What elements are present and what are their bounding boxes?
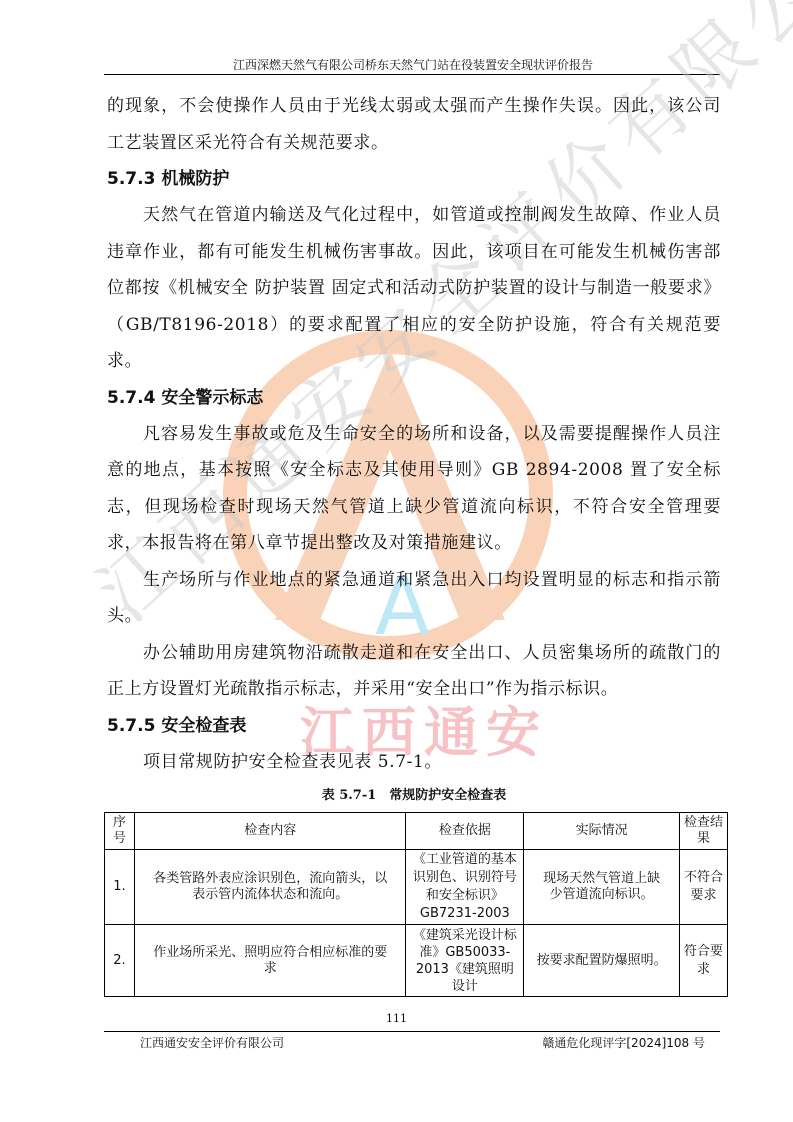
footer-company: 江西通安安全评价有限公司 <box>140 1034 284 1051</box>
cell-basis: 《工业管道的基本识别色、识别符号和安全标识》GB7231-2003 <box>406 850 524 925</box>
cell-no: 1. <box>105 850 135 925</box>
cell-actual: 按要求配置防爆照明。 <box>524 925 680 997</box>
table-caption: 表 5.7-1 常规防护安全检查表 <box>107 784 721 803</box>
column-header-result: 检查结果 <box>680 813 728 850</box>
cell-actual: 现场天然气管道上缺少管道流向标识。 <box>524 850 680 925</box>
page-number: 111 <box>0 1012 793 1025</box>
cell-result: 不符合要求 <box>680 850 728 925</box>
column-header-no: 序号 <box>105 813 135 850</box>
column-header-basis: 检查依据 <box>406 813 524 850</box>
paragraph: 项目常规防护安全检查表见表 5.7-1。 <box>107 744 721 781</box>
table-header-row: 序号 检查内容 检查依据 实际情况 检查结果 <box>105 813 728 850</box>
cell-no: 2. <box>105 925 135 997</box>
footer-doc-number: 赣通危化现评字[2024]108 号 <box>542 1034 705 1051</box>
table-row: 2. 作业场所采光、照明应符合相应标准的要求 《建筑采光设计标准》GB50033… <box>105 925 728 997</box>
paragraph: 凡容易发生事故或危及生命安全的场所和设备，以及需要提醒操作人员注意的地点，基本按… <box>107 416 721 562</box>
cell-basis: 《建筑采光设计标准》GB50033-2013《建筑照明设计 <box>406 925 524 997</box>
table-row: 1. 各类管路外表应涂识别色，流向箭头，以表示管内流体状态和流向。 《工业管道的… <box>105 850 728 925</box>
column-header-actual: 实际情况 <box>524 813 680 850</box>
cell-result: 符合要求 <box>680 925 728 997</box>
cell-content: 作业场所采光、照明应符合相应标准的要求 <box>134 925 405 997</box>
cell-content: 各类管路外表应涂识别色，流向箭头，以表示管内流体状态和流向。 <box>134 850 405 925</box>
running-header-title: 江西深燃天然气有限公司桥东天然气门站在役装置安全现状评价报告 <box>107 56 719 73</box>
header-divider <box>104 74 720 75</box>
document-body: 的现象，不会使操作人员由于光线太弱或太强而产生操作失误。因此，该公司工艺装置区采… <box>107 88 721 809</box>
paragraph-continuation: 的现象，不会使操作人员由于光线太弱或太强而产生操作失误。因此，该公司工艺装置区采… <box>107 88 721 161</box>
column-header-content: 检查内容 <box>134 813 405 850</box>
section-heading-5-7-4: 5.7.4 安全警示标志 <box>107 380 721 416</box>
paragraph: 办公辅助用房建筑物沿疏散走道和在安全出口、人员密集场所的疏散门的正上方设置灯光疏… <box>107 635 721 708</box>
paragraph: 生产场所与作业地点的紧急通道和紧急出入口均设置明显的标志和指示箭头。 <box>107 562 721 635</box>
section-heading-5-7-3: 5.7.3 机械防护 <box>107 161 721 197</box>
paragraph: 天然气在管道内输送及气化过程中，如管道或控制阀发生故障、作业人员违章作业，都有可… <box>107 197 721 380</box>
footer-divider <box>104 1031 720 1032</box>
section-heading-5-7-5: 5.7.5 安全检查表 <box>107 708 721 744</box>
safety-checklist-table: 序号 检查内容 检查依据 实际情况 检查结果 1. 各类管路外表应涂识别色，流向… <box>104 812 728 997</box>
